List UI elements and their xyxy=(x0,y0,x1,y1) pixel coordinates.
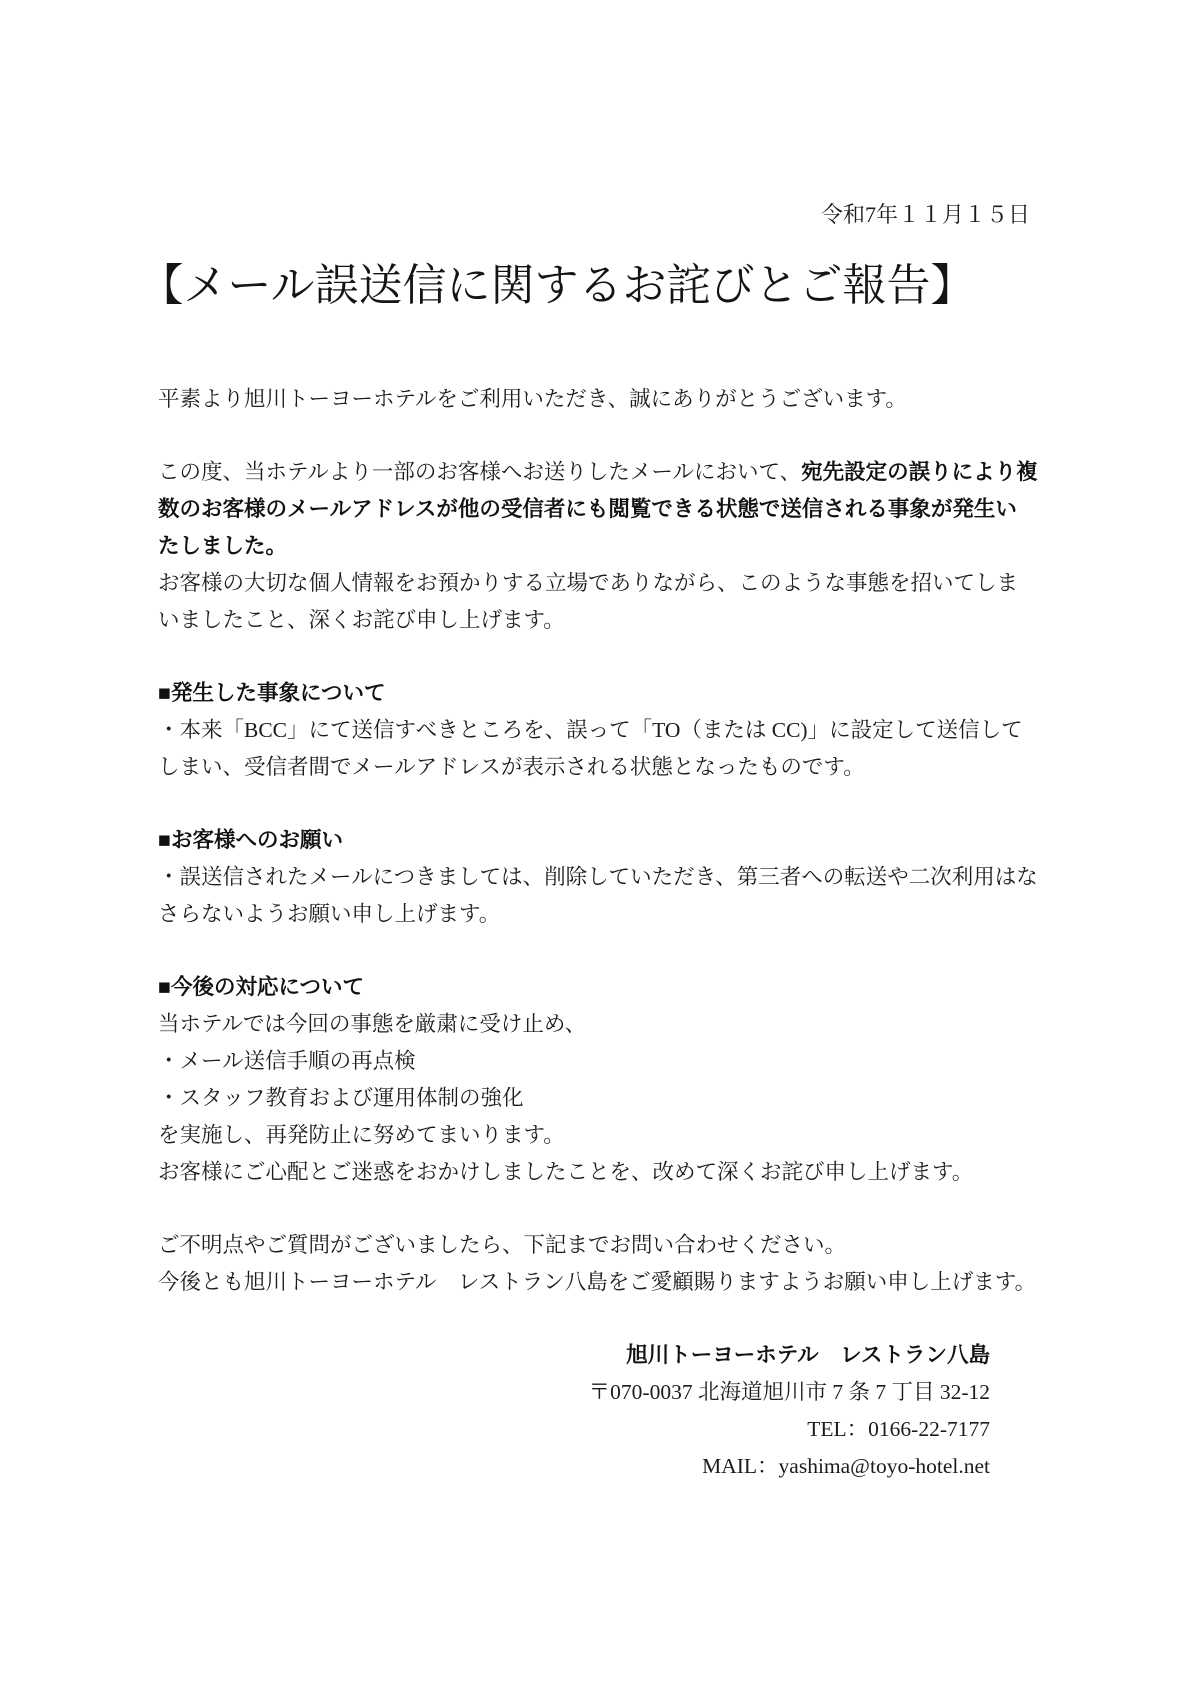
signature-mail: MAIL：yashima@toyo-hotel.net xyxy=(158,1448,990,1485)
incident-summary-line: この度、当ホテルより一部のお客様へお送りしたメールにおいて、宛先設定の誤りにより… xyxy=(158,454,1030,491)
signature-tel: TEL：0166-22-7177 xyxy=(158,1411,990,1448)
document-date: 令和7年１１月１５日 xyxy=(158,196,1030,233)
incident-summary-paragraph: この度、当ホテルより一部のお客様へお送りしたメールにおいて、宛先設定の誤りにより… xyxy=(158,454,1030,639)
incident-summary-line: いましたこと、深くお詫び申し上げます。 xyxy=(158,602,1030,639)
section-request: ■お客様へのお願い ・誤送信されたメールにつきましては、削除していただき、第三者… xyxy=(158,822,1030,933)
greeting-paragraph: 平素より旭川トーヨーホテルをご利用いただき、誠にありがとうございます。 xyxy=(158,381,1030,418)
section-request-heading: ■お客様へのお願い xyxy=(158,822,1030,859)
section-incident: ■発生した事象について ・本来「BCC」にて送信すべきところを、誤って「TO（ま… xyxy=(158,675,1030,786)
section-future-outro: を実施し、再発防止に努めてまいります。 xyxy=(158,1117,1030,1154)
greeting-line: 平素より旭川トーヨーホテルをご利用いただき、誠にありがとうございます。 xyxy=(158,381,1030,418)
document-title: 【メール誤送信に関するお詫びとご報告】 xyxy=(121,255,993,317)
incident-summary-bold-run: 宛先設定の誤りにより複 xyxy=(801,460,1038,484)
closing-line: 今後とも旭川トーヨーホテル レストラン八島をご愛顧賜りますようお願い申し上げます… xyxy=(158,1264,1030,1301)
section-future: ■今後の対応について 当ホテルでは今回の事態を厳粛に受け止め、 ・メール送信手順… xyxy=(158,969,1030,1191)
section-future-bullet: ・スタッフ教育および運用体制の強化 xyxy=(158,1080,1030,1117)
section-incident-line: ・本来「BCC」にて送信すべきところを、誤って「TO（または CC)」に設定して… xyxy=(158,712,1030,749)
signature-hotel-name: 旭川トーヨーホテル レストラン八島 xyxy=(158,1337,990,1374)
section-request-line: さらないようお願い申し上げます。 xyxy=(158,896,1030,933)
incident-summary-line: お客様の大切な個人情報をお預かりする立場でありながら、このような事態を招いてしま xyxy=(158,565,1030,602)
apology-letter-page: 令和7年１１月１５日 【メール誤送信に関するお詫びとご報告】 平素より旭川トーヨ… xyxy=(0,0,1200,1697)
section-request-line: ・誤送信されたメールにつきましては、削除していただき、第三者への転送や二次利用は… xyxy=(158,859,1030,896)
closing-paragraph: ご不明点やご質問がございましたら、下記までお問い合わせください。 今後とも旭川ト… xyxy=(158,1227,1030,1301)
signature-address: 〒070-0037 北海道旭川市 7 条 7 丁目 32-12 xyxy=(158,1374,990,1411)
section-incident-line: しまい、受信者間でメールアドレスが表示される状態となったものです。 xyxy=(158,749,1030,786)
incident-summary-normal-run: この度、当ホテルより一部のお客様へお送りしたメールにおいて、 xyxy=(158,460,801,484)
incident-summary-line: たしました。 xyxy=(158,528,1030,565)
section-future-intro: 当ホテルでは今回の事態を厳粛に受け止め、 xyxy=(158,1006,1030,1043)
closing-line: ご不明点やご質問がございましたら、下記までお問い合わせください。 xyxy=(158,1227,1030,1264)
incident-summary-line: 数のお客様のメールアドレスが他の受信者にも閲覧できる状態で送信される事象が発生い xyxy=(158,491,1030,528)
section-future-bullet: ・メール送信手順の再点検 xyxy=(158,1043,1030,1080)
section-future-heading: ■今後の対応について xyxy=(158,969,1030,1006)
section-future-outro: お客様にご心配とご迷惑をおかけしましたことを、改めて深くお詫び申し上げます。 xyxy=(158,1154,1030,1191)
section-incident-heading: ■発生した事象について xyxy=(158,675,1030,712)
signature-block: 旭川トーヨーホテル レストラン八島 〒070-0037 北海道旭川市 7 条 7… xyxy=(158,1337,1030,1485)
